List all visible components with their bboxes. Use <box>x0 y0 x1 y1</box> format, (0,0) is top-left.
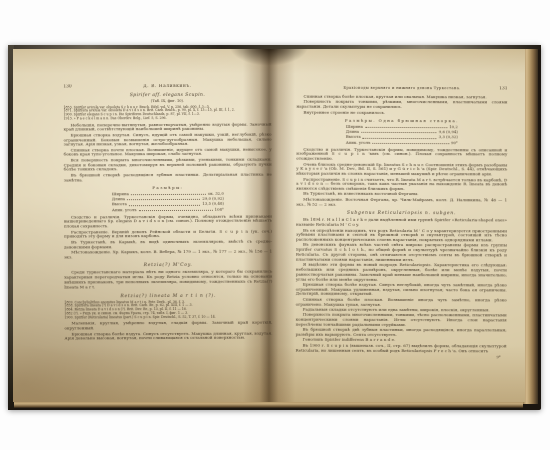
left-page-header: 130 Д. В. Наливкинъ. <box>63 84 271 90</box>
plate-reference: (Таб. IX, фиг. 10). <box>63 99 271 104</box>
dotted-leader <box>372 143 448 144</box>
subgenus-paragraphs: Въ 1894 г. H a l l и C l a r k e дали вы… <box>296 218 507 354</box>
remarks-paragraphs: Сходство и различія. Туркестанскія формы… <box>64 214 272 260</box>
species2-heading: Retzia(?) lineata M a r t i n (?). <box>64 293 272 299</box>
dimension-value: 90° <box>451 140 458 145</box>
dimensions-table: Ширина10,2Длина9,6 (0,94)Высота3,3 (0,32… <box>346 124 458 145</box>
spine-top-shadow <box>229 49 309 66</box>
paragraph: Брюшная створка болѣе вздутая. Синусъ не… <box>296 283 507 298</box>
open-pages: 130 Д. В. Наливкинъ. Spirifer aff. elega… <box>13 49 525 402</box>
description-paragraphs: Небольшія, поперечно-вытянутыя, равноств… <box>64 122 272 183</box>
paragraph: Сходство и различія. Туркестанскія формы… <box>64 214 272 229</box>
dimensions-heading: Размѣры. Одна брюшная створка. <box>296 117 507 123</box>
remarks-paragraphs: Сходство и различія. Туркестанскія формы… <box>296 147 507 207</box>
dimension-value: 108° <box>215 206 224 211</box>
paragraph: Въ ея опредѣленіи находимъ, что родъ Ret… <box>296 228 507 243</box>
subgenus-heading: Subgenus Reticulariopsis n. subgen. <box>296 211 507 217</box>
dimension-label: Апик. уголъ <box>112 207 137 212</box>
paragraph: Въ брюшной створкѣ расходящіяся зубныя п… <box>64 172 272 182</box>
paragraph: Внутреннее строеніе не сохранилось. <box>296 110 507 116</box>
left-running-head: Д. В. Наливкинъ. <box>83 84 251 90</box>
genus-paragraph: Среди туркестанскаго матеріала нѣтъ ни о… <box>64 270 272 290</box>
right-page-header: Брахіоподы верхняго и нижняго девона Тур… <box>296 86 507 92</box>
paragraph: Брюшная створка вздутая. Синусъ, идущій … <box>64 132 272 147</box>
paragraph: Я выдѣляю эти формы въ новый подродъ Ret… <box>296 263 507 283</box>
left-page-number: 130 <box>63 84 83 89</box>
genus-heading: Retzia(?) M'Coy. <box>64 263 272 269</box>
signature-mark: 9* <box>296 355 507 360</box>
paragraph: Мѣстонахожденіе. Восточная Фергана, хр. … <box>296 197 507 207</box>
dimensions-table: Ширинаок. 32,0Длина29,0 (0,92)Высота13,5… <box>112 191 224 212</box>
species-heading: Spirifer aff. elegans Scupin. <box>63 93 271 99</box>
right-page: Брахіоподы верхняго и нижняго девона Тур… <box>295 86 507 379</box>
open-book: 130 Д. В. Наливкинъ. Spirifer aff. elega… <box>8 45 541 410</box>
paragraph: Въ 1900 г. S c u p i n (вышеназв. соч., … <box>296 343 507 353</box>
book-photo: 130 Д. В. Наливкинъ. Spirifer aff. elega… <box>0 0 550 450</box>
right-page-number: 131 <box>487 86 507 91</box>
dimension-row: Апик. уголъ90° <box>346 139 458 144</box>
description2-paragraphs: Маленькія, круглыя, умѣренно вздутыя, гл… <box>64 321 272 342</box>
paragraph: Брюшная створка болѣе вздута. Синусъ отс… <box>64 331 272 341</box>
dimensions-heading: Размѣры: <box>64 184 272 190</box>
paragraph: Въ девонскихъ фаунахъ всѣхъ частей свѣта… <box>296 243 507 263</box>
synonymy-line: 1913. » P a e c k e l m a n n. Das Oberd… <box>64 116 272 121</box>
paragraph: Сходство и различія. Туркестанскія формы… <box>296 147 507 162</box>
right-running-head: Брахіоподы верхняго и нижняго девона Тур… <box>316 86 487 91</box>
page-stack-edges-bottom <box>14 401 523 408</box>
paragraph: Поверхность покрыта многочисленными, тон… <box>296 313 507 328</box>
description-paragraphs: Спинная створка болѣе плоская, круглая и… <box>296 95 507 116</box>
paragraph: Очень близокъ средне-девонскій Sp. linea… <box>296 162 507 177</box>
paragraph: Вся поверхность покрыта многочисленными,… <box>64 157 272 172</box>
paragraph: Мѣстонахожденіе. Хр. Карыкъ, колл. В. Ве… <box>64 249 272 259</box>
paragraph: Среди туркестанскаго матеріала нѣтъ ни о… <box>64 270 272 290</box>
dotted-leader <box>139 209 213 210</box>
paragraph: Распространеніе. S c u p i n считаетъ, ч… <box>296 177 507 192</box>
left-page: 130 Д. В. Наливкинъ. Spirifer aff. elega… <box>63 84 272 367</box>
dimension-label: Апик. уголъ <box>346 139 371 144</box>
dimension-row: Апик. уголъ108° <box>112 206 224 212</box>
synonymy-list-2: 1809. Conchyliolithus anomites lineatus … <box>64 300 272 320</box>
synonymy-list: 1853. Spirifer avicula var. obsoleta S c… <box>63 105 271 121</box>
